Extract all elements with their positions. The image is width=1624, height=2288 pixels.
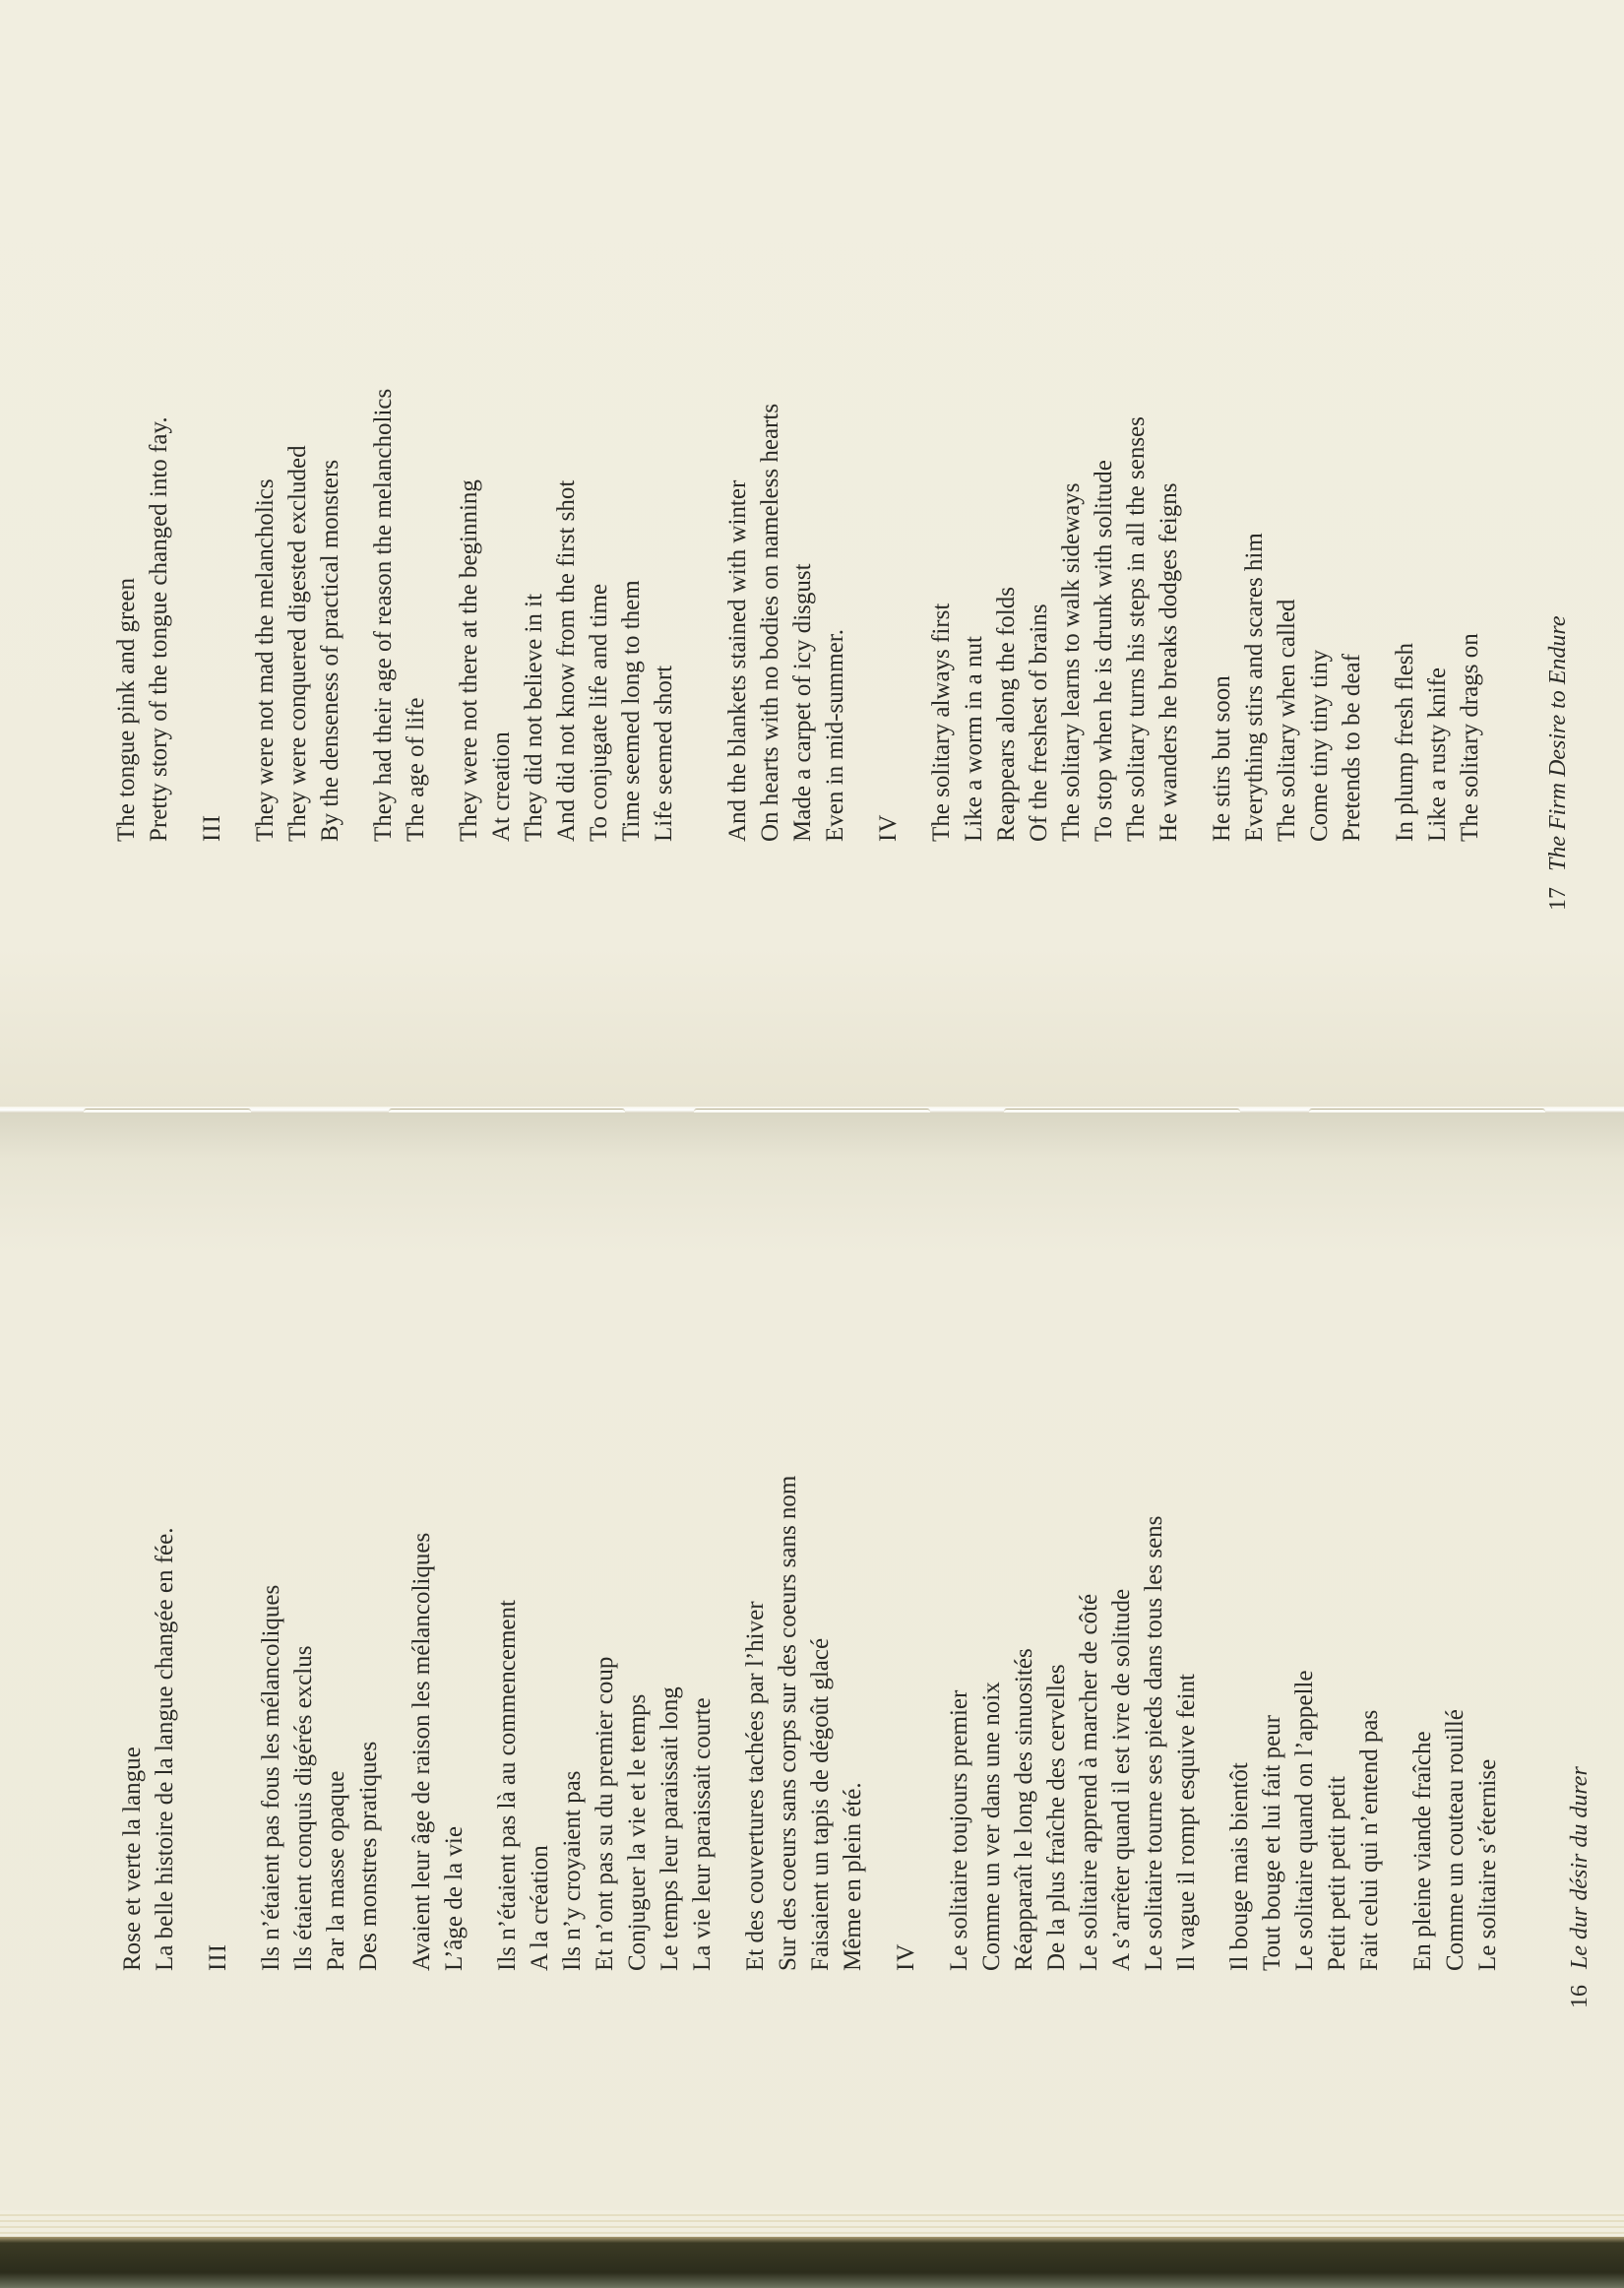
poem-line: He stirs but soon — [1206, 389, 1238, 842]
poem-line: Réapparaît le long des sinuosités — [1008, 1476, 1040, 1971]
running-footer-right: 17The Firm Desire to Endure — [1543, 615, 1573, 911]
right-page-english: The tongue pink and green Pretty story o… — [0, 0, 1624, 1112]
poem-line: At creation — [485, 389, 518, 842]
poem-line: A la création — [524, 1476, 556, 1971]
poem-line: Le solitaire apprend à marcher de côté — [1073, 1476, 1105, 1971]
poem-line: The solitary when called — [1271, 389, 1303, 842]
poem-line: Petit petit petit petit — [1321, 1476, 1353, 1971]
poem-line: The solitary drags on — [1454, 389, 1486, 842]
running-footer-left: 16Le dur désir du durer — [1565, 1766, 1594, 2008]
poem-line: Life seemed short — [648, 389, 680, 842]
poem-line: Reappears along the folds — [990, 389, 1023, 842]
poem-line: Le solitaire quand on l’appelle — [1288, 1476, 1321, 1971]
poem-line: Made a carpet of icy disgust — [786, 389, 819, 842]
section-heading-iv: IV — [872, 389, 905, 842]
poem-line: The solitary turns his steps in all the … — [1120, 389, 1153, 842]
poem-line: Ils n’y croyaient pas — [556, 1476, 589, 1971]
poem-line: Everything stirs and scares him — [1238, 389, 1271, 842]
poem-line: Like a worm in a nut — [958, 389, 990, 842]
poem-line: Le solitaire toujours premier — [943, 1476, 975, 1971]
opening-line: Pretty story of the tongue changed into … — [143, 389, 175, 842]
poem-line: Faisaient un tapis de dégoût glacé — [804, 1476, 837, 1971]
poem-line: Conjuguer la vie et le temps — [621, 1476, 654, 1971]
poem-line: De la plus fraîche des cervelles — [1040, 1476, 1073, 1971]
poem-line: He wanders he breaks dodges feigns — [1153, 389, 1185, 842]
poem-line: Et des couvertures tachées par l’hiver — [739, 1476, 772, 1971]
poem-line: La vie leur paraissait courte — [686, 1476, 718, 1971]
page-number: 16 — [1567, 1985, 1593, 2008]
poem-line: Même en plein été. — [837, 1476, 869, 1971]
poem-line: To conjugate life and time — [583, 389, 615, 842]
poem-line: Il vague il rompt esquive feint — [1170, 1476, 1203, 1971]
running-title: The Firm Desire to Endure — [1545, 615, 1571, 871]
poem-line: Par la masse opaque — [320, 1476, 352, 1971]
poem-line: They were not mad the melancholics — [249, 389, 281, 842]
poem-line: Sur des coeurs sans corps sur des coeurs… — [772, 1476, 804, 1971]
section-heading-iii: III — [196, 389, 228, 842]
poem-line: En pleine viande fraîche — [1406, 1476, 1439, 1971]
running-title: Le dur désir du durer — [1567, 1766, 1593, 1969]
poem-line: Time seemed long to them — [615, 389, 648, 842]
poem-line: Like a rusty knife — [1421, 389, 1454, 842]
poem-line: Fait celui qui n’entend pas — [1353, 1476, 1386, 1971]
poem-line: Et n’ont pas su du premier coup — [589, 1476, 621, 1971]
left-page-french: Rose et verte la langue La belle histoir… — [0, 1112, 1624, 2288]
poem-line: To stop when he is drunk with solitude — [1088, 389, 1120, 842]
poem-line: They had their age of reason the melanch… — [367, 389, 400, 842]
opening-line: La belle histoire de la langue changée e… — [149, 1476, 181, 1971]
poem-line: L’âge de la vie — [438, 1476, 470, 1971]
page-number: 17 — [1545, 887, 1571, 911]
poem-line: By the denseness of practical monsters — [314, 389, 346, 842]
poem-line: They did not believe in it — [518, 389, 550, 842]
poem-line: Ils étaient conquis digérés exclus — [287, 1476, 320, 1971]
opening-line: Rose et verte la langue — [116, 1476, 149, 1971]
poem-line: The solitary learns to walk sideways — [1055, 389, 1088, 842]
right-page-text: The tongue pink and green Pretty story o… — [110, 389, 1486, 842]
poem-line: Le temps leur paraissait long — [654, 1476, 686, 1971]
opening-line: The tongue pink and green — [110, 389, 143, 842]
poem-line: Come tiny tiny tiny — [1303, 389, 1336, 842]
section-heading-iv: IV — [890, 1476, 922, 1971]
poem-line: In plump fresh flesh — [1389, 389, 1421, 842]
poem-line: And the blankets stained with winter — [721, 389, 754, 842]
poem-line: Le solitaire tourne ses pieds dans tous … — [1138, 1476, 1170, 1971]
poem-line: Ils n’étaient pas là au commencement — [491, 1476, 524, 1971]
poem-line: Of the freshest of brains — [1023, 389, 1055, 842]
poem-line: Comme un couteau rouillé — [1439, 1476, 1471, 1971]
poem-line: Le solitaire s’éternise — [1471, 1476, 1504, 1971]
poem-line: Pretends to be deaf — [1336, 389, 1368, 842]
poem-line: Ils n’étaient pas fous les mélancoliques — [255, 1476, 287, 1971]
poem-line: They were conquered digested excluded — [281, 389, 314, 842]
scan-bottom-border — [0, 2237, 1624, 2288]
poem-line: They were not there at the beginning — [453, 389, 485, 842]
poem-line: Avaient leur âge de raison les mélancoli… — [406, 1476, 438, 1971]
poem-line: Comme un ver dans une noix — [975, 1476, 1008, 1971]
poem-line: A s’arrêter quand il est ivre de solitud… — [1105, 1476, 1138, 1971]
page-edges — [0, 2210, 1624, 2236]
poem-line: Even in mid-summer. — [819, 389, 851, 842]
poem-line: The solitary always first — [925, 389, 958, 842]
left-page-text: Rose et verte la langue La belle histoir… — [116, 1476, 1504, 1971]
poem-line: The age of life — [400, 389, 432, 842]
poem-line: Des monstres pratiques — [352, 1476, 385, 1971]
poem-line: Tout bouge et lui fait peur — [1256, 1476, 1288, 1971]
poem-line: On hearts with no bodies on nameless hea… — [754, 389, 786, 842]
poem-line: Il bouge mais bientôt — [1223, 1476, 1256, 1971]
section-heading-iii: III — [202, 1476, 234, 1971]
poem-line: And did not know from the first shot — [550, 389, 583, 842]
